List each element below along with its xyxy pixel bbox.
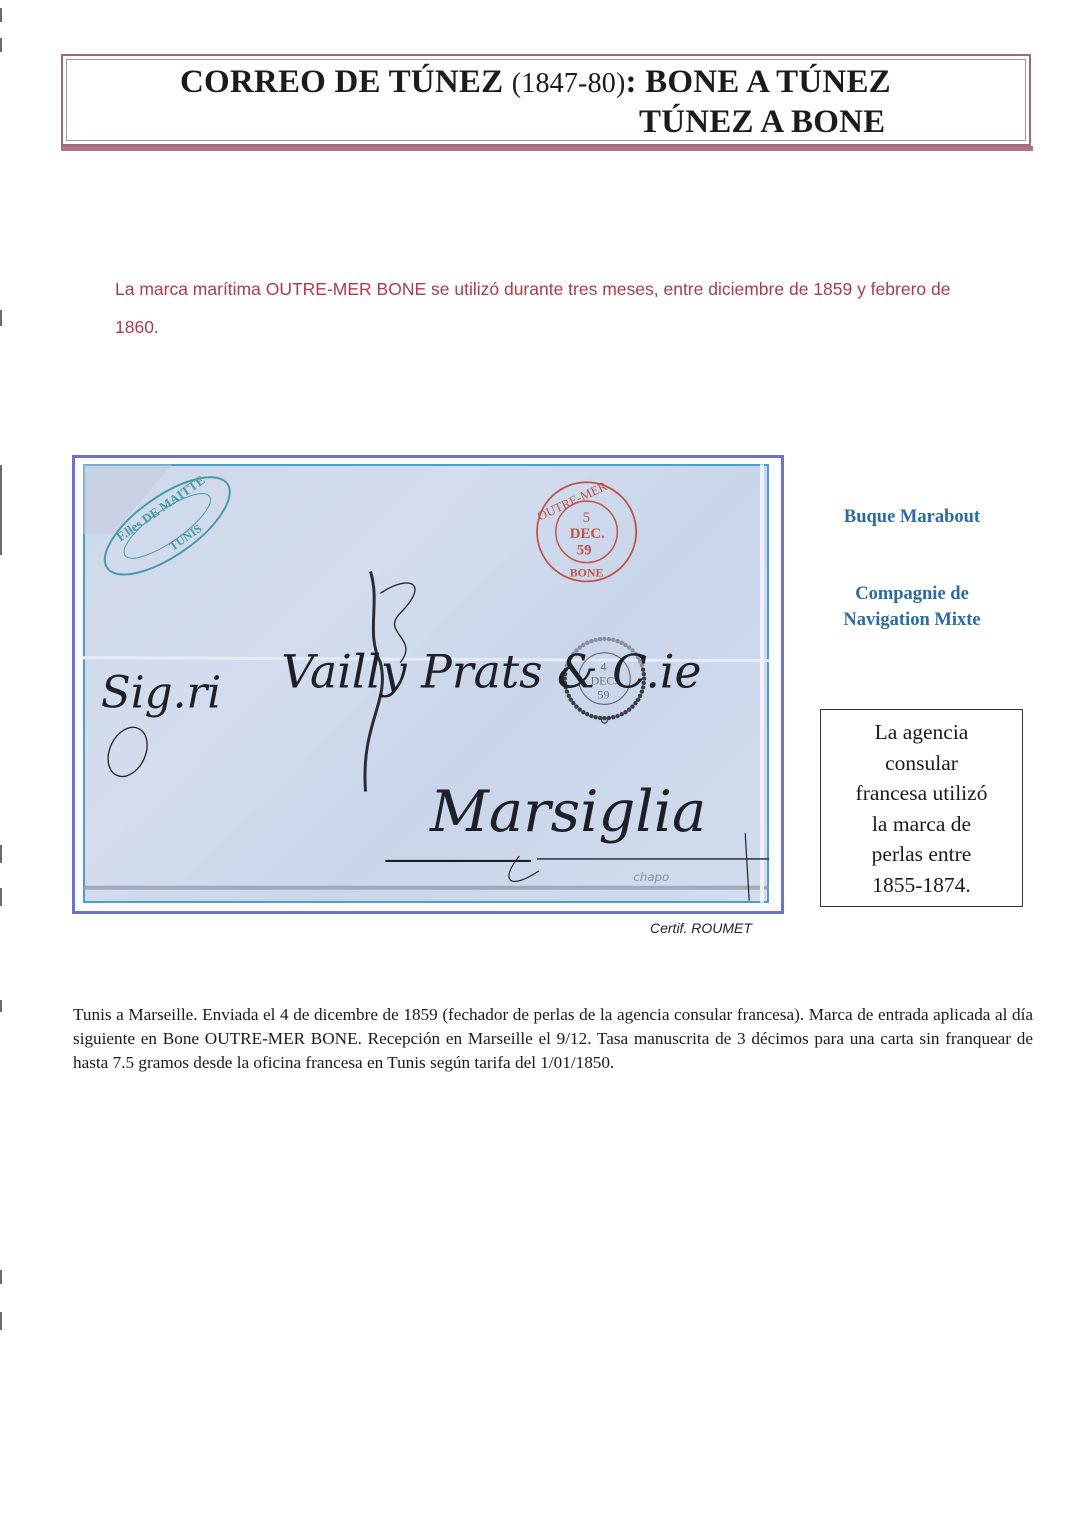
svg-text:Marsiglia: Marsiglia <box>429 778 706 845</box>
scan-edge-mark <box>0 38 2 52</box>
header-underline <box>61 146 1033 151</box>
scan-edge-mark <box>0 310 2 326</box>
note-line: perlas entre <box>821 839 1022 870</box>
title-years: (1847-80) <box>512 68 626 99</box>
scan-edge-mark <box>0 8 2 22</box>
company-name: Compagnie de Navigation Mixte <box>812 581 1012 633</box>
outre-mer-bone-datestamp: OUTRE-MER 5 DEC. 59 BONE <box>535 479 636 581</box>
note-line: 1855-1874. <box>821 870 1022 901</box>
scan-edge-mark <box>0 888 2 906</box>
company-line1: Compagnie de <box>812 581 1012 607</box>
description-text: Tunis a Marseille. Enviada el 4 de dicem… <box>73 1003 1033 1075</box>
svg-text:Sig.ri: Sig.ri <box>101 668 221 718</box>
cover-illustration: F.lles DE MAITTE TUNIS OUTRE-MER 5 DEC. … <box>83 464 769 903</box>
scan-edge-mark <box>0 1312 2 1330</box>
svg-text:5: 5 <box>583 510 590 526</box>
svg-text:Vailly Prats & C.ie: Vailly Prats & C.ie <box>281 645 701 698</box>
note-line: consular <box>821 748 1022 779</box>
svg-text:chapo: chapo <box>633 870 669 884</box>
note-line: La agencia <box>821 717 1022 748</box>
scan-edge-mark <box>0 1000 2 1012</box>
company-line2: Navigation Mixte <box>812 607 1012 633</box>
svg-text:59: 59 <box>577 543 592 559</box>
scan-edge-mark <box>0 845 2 863</box>
note-line: francesa utilizó <box>821 778 1022 809</box>
svg-text:DEC.: DEC. <box>570 526 605 542</box>
certificate-caption: Certif. ROUMET <box>650 920 752 936</box>
scan-edge-mark <box>0 1270 2 1284</box>
postal-cover: F.lles DE MAITTE TUNIS OUTRE-MER 5 DEC. … <box>83 464 769 903</box>
cover-image-frame: F.lles DE MAITTE TUNIS OUTRE-MER 5 DEC. … <box>72 455 784 914</box>
scan-edge-mark <box>0 465 2 555</box>
title-suffix: : BONE A TÚNEZ <box>626 64 891 100</box>
ship-name: Buque Marabout <box>812 504 1012 530</box>
consular-note-box: La agencia consular francesa utilizó la … <box>820 709 1023 907</box>
page-header: CORREO DE TÚNEZ (1847-80): BONE A TÚNEZ … <box>61 54 1031 146</box>
svg-text:OUTRE-MER: OUTRE-MER <box>535 479 609 524</box>
note-line: la marca de <box>821 809 1022 840</box>
intro-text: La marca marítima OUTRE-MER BONE se util… <box>115 270 975 346</box>
title-prefix: CORREO DE TÚNEZ <box>180 64 512 100</box>
svg-text:BONE: BONE <box>570 565 604 579</box>
title-line2: TÚNEZ A BONE <box>639 104 885 141</box>
cover-description: Tunis a Marseille. Enviada el 4 de dicem… <box>73 1003 1033 1075</box>
